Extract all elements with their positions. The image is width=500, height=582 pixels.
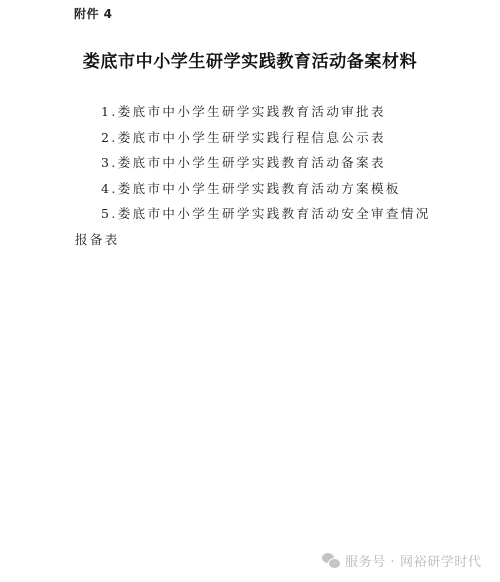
item-text: 娄底市中小学生研学实践教育活动方案模板 — [118, 181, 401, 196]
document-title: 娄底市中小学生研学实践教育活动备案材料 — [0, 47, 500, 72]
list-item: 4.娄底市中小学生研学实践教育活动方案模板 — [75, 176, 435, 202]
item-number: 2. — [101, 130, 118, 145]
wechat-icon — [322, 553, 340, 569]
item-number: 5. — [101, 206, 118, 221]
list-item: 1.娄底市中小学生研学实践教育活动审批表 — [75, 99, 435, 125]
materials-list: 1.娄底市中小学生研学实践教育活动审批表 2.娄底市中小学生研学实践行程信息公示… — [75, 99, 435, 252]
list-item: 5.娄底市中小学生研学实践教育活动安全审查情况报备表 — [75, 201, 435, 252]
item-text: 娄底市中小学生研学实践行程信息公示表 — [118, 130, 386, 145]
list-item: 2.娄底市中小学生研学实践行程信息公示表 — [75, 125, 435, 151]
item-number: 1. — [101, 104, 118, 119]
list-item: 3.娄底市中小学生研学实践教育活动备案表 — [75, 150, 435, 176]
watermark-text: 服务号 · 网裕研学时代 — [345, 551, 482, 570]
item-number: 3. — [101, 155, 118, 170]
item-number: 4. — [101, 181, 118, 196]
item-text: 娄底市中小学生研学实践教育活动审批表 — [118, 104, 386, 119]
item-text: 娄底市中小学生研学实践教育活动备案表 — [118, 155, 386, 170]
item-text: 娄底市中小学生研学实践教育活动安全审查情况报备表 — [75, 206, 431, 247]
watermark: 服务号 · 网裕研学时代 — [322, 551, 482, 570]
attachment-label: 附件 4 — [74, 5, 113, 22]
